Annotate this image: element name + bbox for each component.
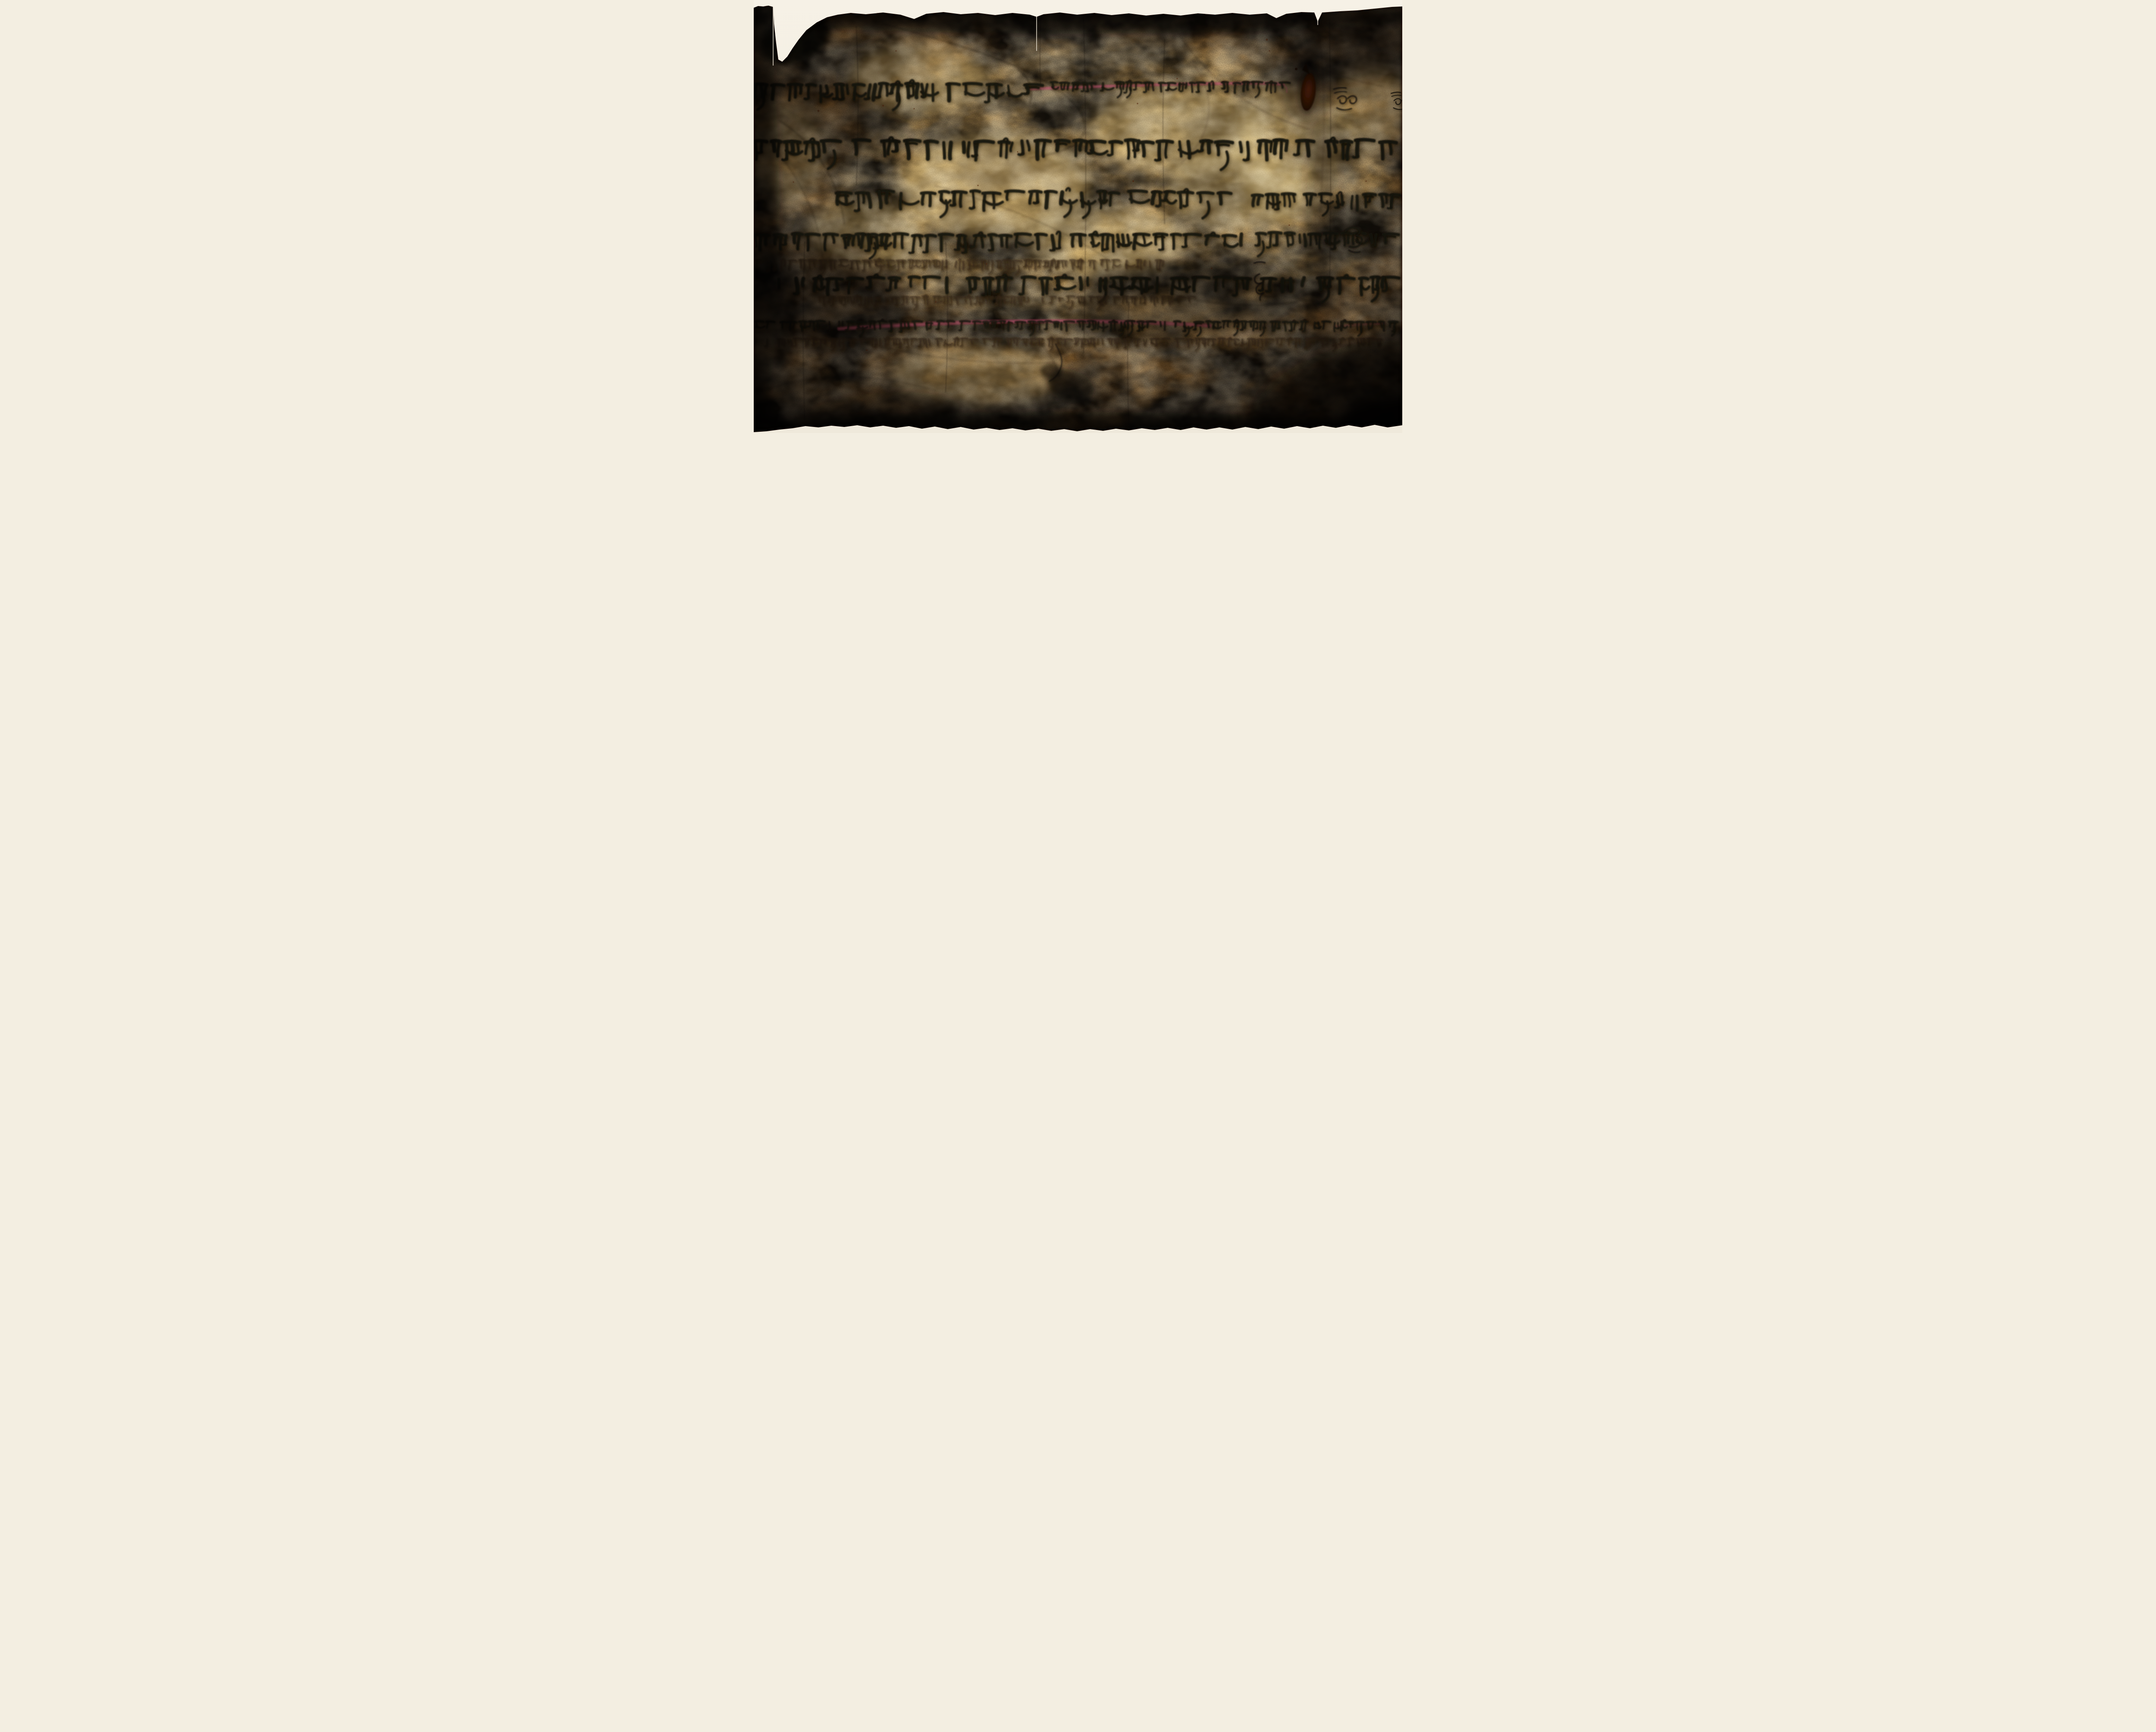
vignette	[754, 0, 1402, 433]
manuscript-photo	[754, 0, 1402, 433]
manuscript-page	[754, 0, 1402, 433]
manuscript-svg	[754, 0, 1402, 433]
manuscript-scan	[754, 0, 1402, 433]
